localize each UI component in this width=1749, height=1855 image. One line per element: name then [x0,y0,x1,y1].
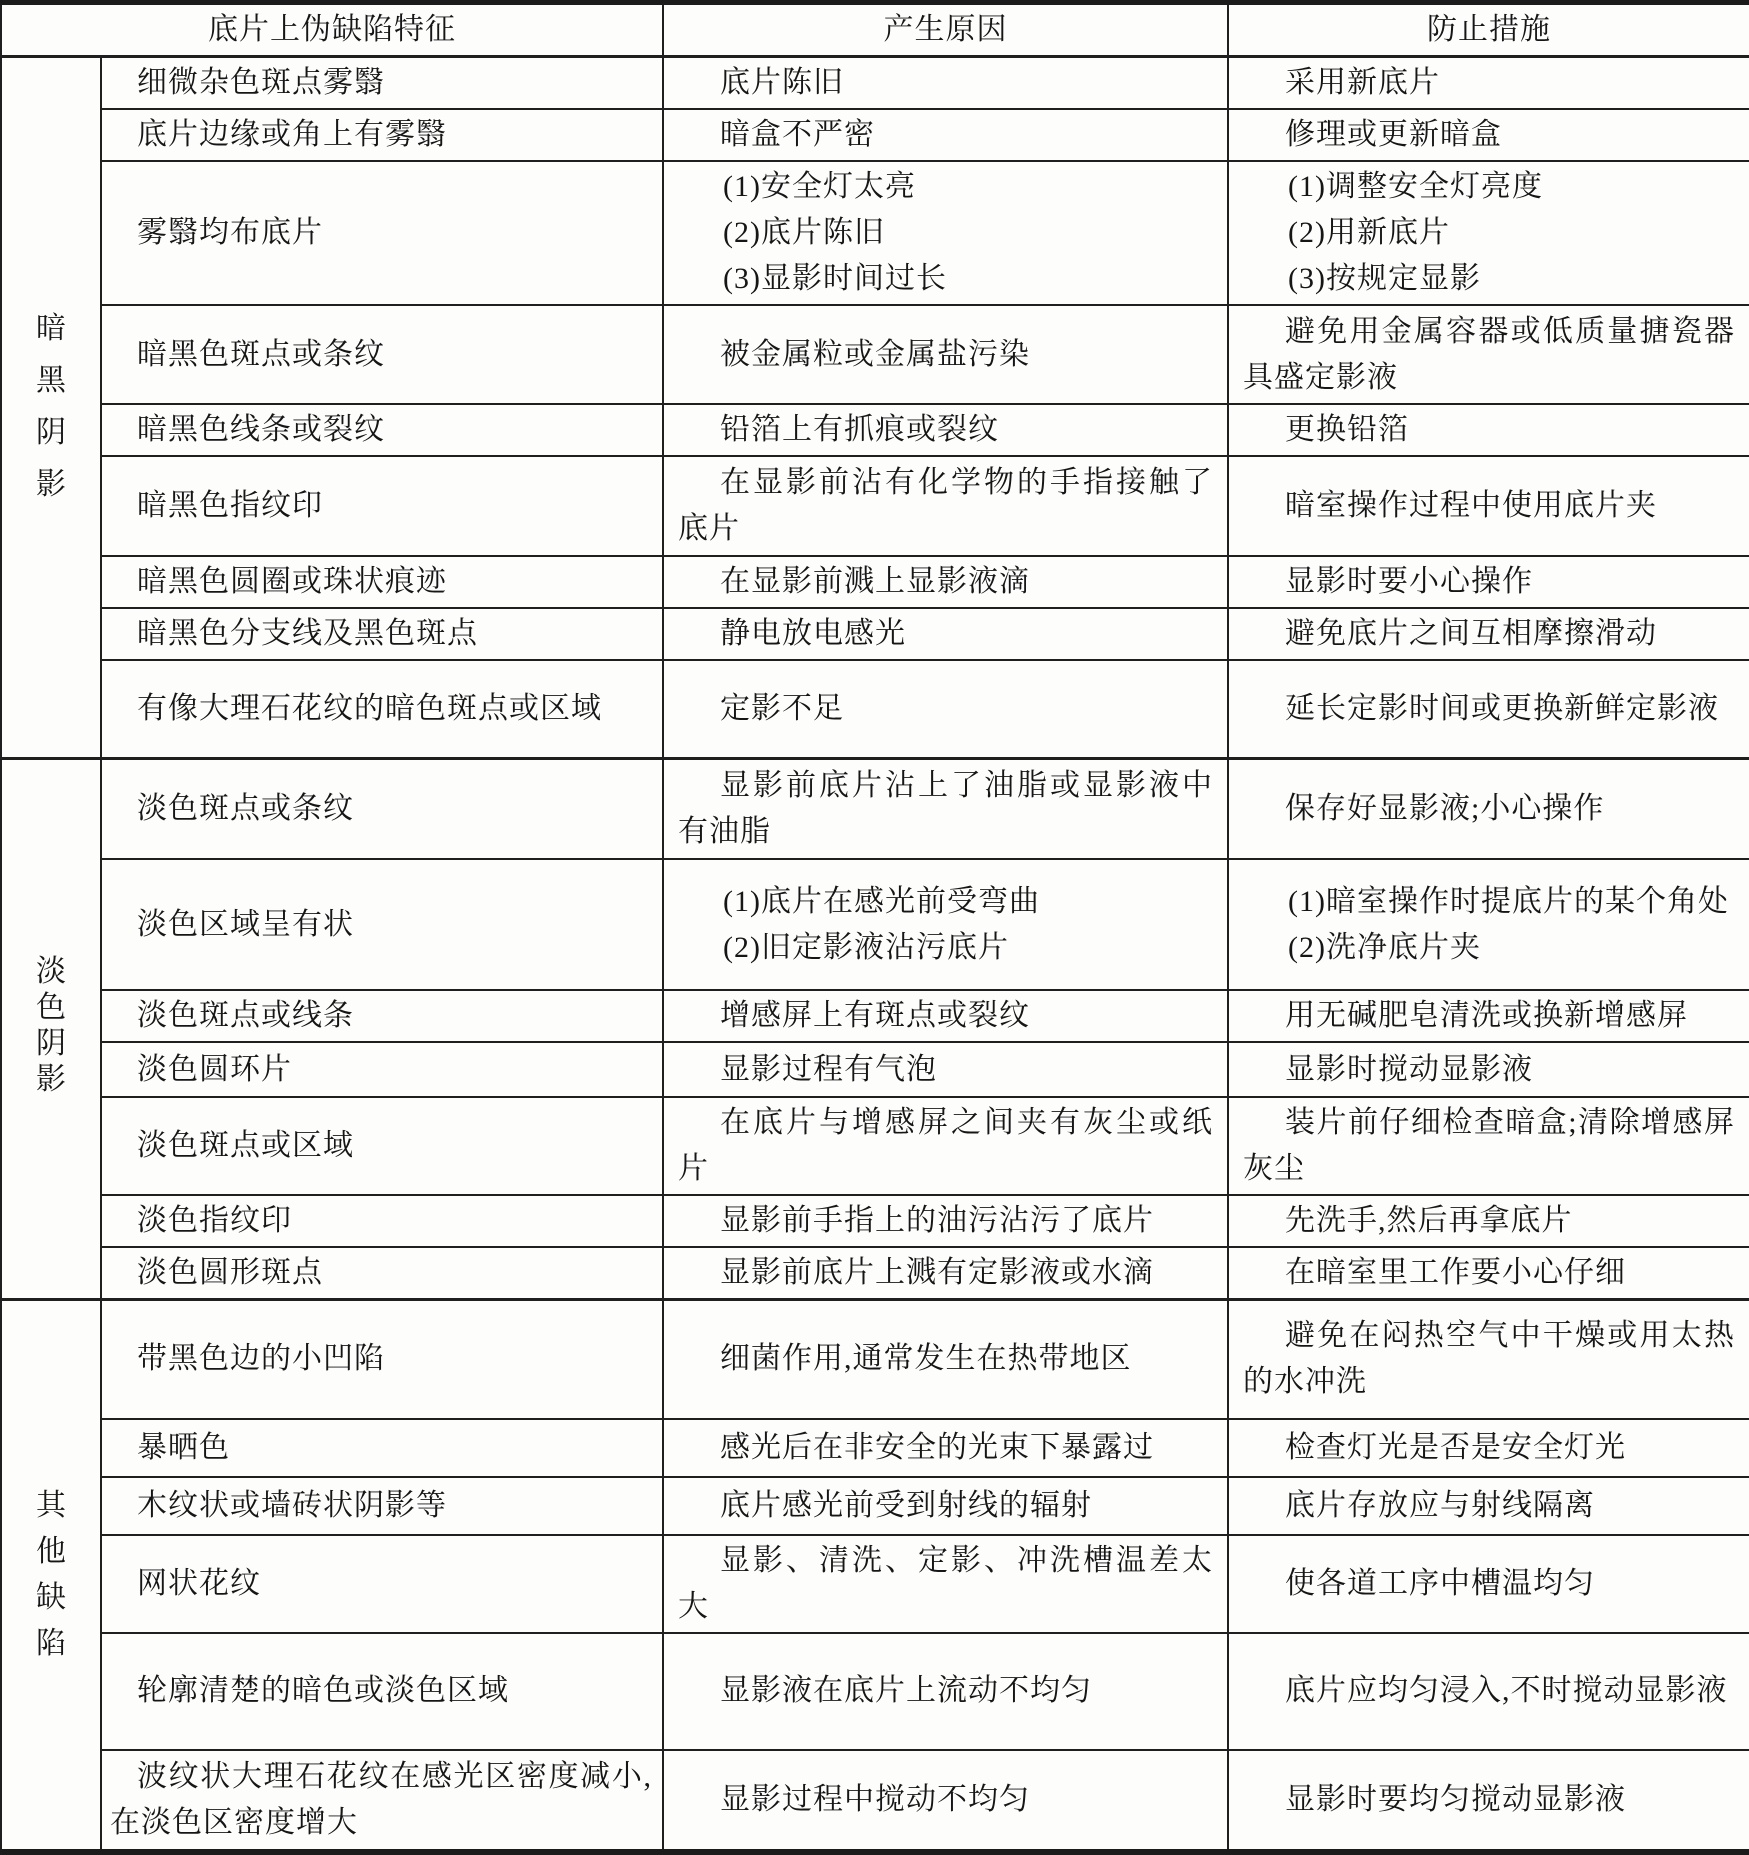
table-row: 暗黑阴影 细微杂色斑点雾翳 底片陈旧 采用新底片 [1,57,1749,110]
feature-cell: 淡色圆环片 [101,1042,663,1097]
cause-cell: 被金属粒或金属盐污染 [663,305,1228,404]
feature-cell: 淡色斑点或线条 [101,990,663,1042]
group-label-text: 其他缺陷 [35,1483,67,1667]
table-row: 网状花纹 显影、清洗、定影、冲洗槽温差太大 使各道工序中槽温均匀 [1,1535,1749,1633]
feature-cell: 淡色圆形斑点 [101,1247,663,1300]
measure-cell: 采用新底片 [1228,57,1749,110]
feature-cell: 网状花纹 [101,1535,663,1633]
feature-cell: 淡色区域呈有状 [101,859,663,990]
table-row: 暗黑色圆圈或珠状痕迹 在显影前溅上显影液滴 显影时要小心操作 [1,556,1749,608]
table-row: 淡色圆环片 显影过程有气泡 显影时搅动显影液 [1,1042,1749,1097]
cause-cell: 显影前手指上的油污沾污了底片 [663,1195,1228,1247]
feature-cell: 波纹状大理石花纹在感光区密度减小,在淡色区密度增大 [101,1750,663,1852]
cause-cell: 在底片与增感屏之间夹有灰尘或纸片 [663,1097,1228,1195]
col-header-feature: 底片上伪缺陷特征 [1,3,663,57]
group-label-light-shadows: 淡色阴影 [1,758,101,1300]
measure-cell: 装片前仔细检查暗盒;清除增感屏灰尘 [1228,1097,1749,1195]
feature-cell: 细微杂色斑点雾翳 [101,57,663,110]
table-row: 有像大理石花纹的暗色斑点或区域 定影不足 延长定影时间或更换新鲜定影液 [1,660,1749,758]
table-row: 暗黑色斑点或条纹 被金属粒或金属盐污染 避免用金属容器或低质量搪瓷器具盛定影液 [1,305,1749,404]
table-row: 暗黑色线条或裂纹 铅箔上有抓痕或裂纹 更换铅箔 [1,404,1749,456]
measure-cell: (1)暗室操作时提底片的某个角处 (2)洗净底片夹 [1228,859,1749,990]
table-row: 轮廓清楚的暗色或淡色区域 显影液在底片上流动不均匀 底片应均匀浸入,不时搅动显影… [1,1633,1749,1750]
measure-cell: 保存好显影液;小心操作 [1228,758,1749,859]
feature-cell: 暴晒色 [101,1419,663,1477]
measure-cell: 底片存放应与射线隔离 [1228,1477,1749,1535]
film-defects-table: 底片上伪缺陷特征 产生原因 防止措施 暗黑阴影 细微杂色斑点雾翳 底片陈旧 采用… [0,0,1749,1855]
feature-cell: 暗黑色分支线及黑色斑点 [101,608,663,660]
feature-cell: 淡色斑点或区域 [101,1097,663,1195]
col-header-measure: 防止措施 [1228,3,1749,57]
cause-cell: 底片感光前受到射线的辐射 [663,1477,1228,1535]
cause-cell: 在显影前沾有化学物的手指接触了底片 [663,456,1228,556]
feature-cell: 底片边缘或角上有雾翳 [101,109,663,161]
group-label-text: 暗黑阴影 [35,303,67,511]
feature-cell: 淡色斑点或条纹 [101,758,663,859]
scanned-document-page: 底片上伪缺陷特征 产生原因 防止措施 暗黑阴影 细微杂色斑点雾翳 底片陈旧 采用… [0,0,1749,1855]
cause-cell: (1)安全灯太亮 (2)底片陈旧 (3)显影时间过长 [663,161,1228,305]
cause-cell: 显影前底片沾上了油脂或显影液中有油脂 [663,758,1228,859]
header-row: 底片上伪缺陷特征 产生原因 防止措施 [1,3,1749,57]
measure-cell: 用无碱肥皂清洗或换新增感屏 [1228,990,1749,1042]
table-row: 淡色区域呈有状 (1)底片在感光前受弯曲 (2)旧定影液沾污底片 (1)暗室操作… [1,859,1749,990]
measure-cell: 避免在闷热空气中干燥或用太热的水冲洗 [1228,1300,1749,1419]
feature-cell: 有像大理石花纹的暗色斑点或区域 [101,660,663,758]
feature-cell: 轮廓清楚的暗色或淡色区域 [101,1633,663,1750]
feature-cell: 木纹状或墙砖状阴影等 [101,1477,663,1535]
cause-cell: 定影不足 [663,660,1228,758]
table-row: 淡色斑点或线条 增感屏上有斑点或裂纹 用无碱肥皂清洗或换新增感屏 [1,990,1749,1042]
measure-cell: (1)调整安全灯亮度 (2)用新底片 (3)按规定显影 [1228,161,1749,305]
table-row: 其他缺陷 带黑色边的小凹陷 细菌作用,通常发生在热带地区 避免在闷热空气中干燥或… [1,1300,1749,1419]
table-row: 暴晒色 感光后在非安全的光束下暴露过 检查灯光是否是安全灯光 [1,1419,1749,1477]
table-row: 暗黑色分支线及黑色斑点 静电放电感光 避免底片之间互相摩擦滑动 [1,608,1749,660]
measure-cell: 修理或更新暗盒 [1228,109,1749,161]
measure-cell: 延长定影时间或更换新鲜定影液 [1228,660,1749,758]
feature-cell: 暗黑色圆圈或珠状痕迹 [101,556,663,608]
measure-cell: 避免底片之间互相摩擦滑动 [1228,608,1749,660]
measure-cell: 显影时要均匀搅动显影液 [1228,1750,1749,1852]
feature-cell: 暗黑色线条或裂纹 [101,404,663,456]
cause-cell: 显影过程中搅动不均匀 [663,1750,1228,1852]
cause-cell: 显影过程有气泡 [663,1042,1228,1097]
feature-cell: 带黑色边的小凹陷 [101,1300,663,1419]
cause-cell: 在显影前溅上显影液滴 [663,556,1228,608]
feature-cell: 暗黑色斑点或条纹 [101,305,663,404]
measure-cell: 在暗室里工作要小心仔细 [1228,1247,1749,1300]
table-row: 淡色圆形斑点 显影前底片上溅有定影液或水滴 在暗室里工作要小心仔细 [1,1247,1749,1300]
table-row: 雾翳均布底片 (1)安全灯太亮 (2)底片陈旧 (3)显影时间过长 (1)调整安… [1,161,1749,305]
measure-cell: 检查灯光是否是安全灯光 [1228,1419,1749,1477]
feature-cell: 淡色指纹印 [101,1195,663,1247]
table-row: 暗黑色指纹印 在显影前沾有化学物的手指接触了底片 暗室操作过程中使用底片夹 [1,456,1749,556]
group-label-dark-shadows: 暗黑阴影 [1,57,101,759]
cause-cell: 静电放电感光 [663,608,1228,660]
measure-cell: 使各道工序中槽温均匀 [1228,1535,1749,1633]
table-row: 木纹状或墙砖状阴影等 底片感光前受到射线的辐射 底片存放应与射线隔离 [1,1477,1749,1535]
measure-cell: 显影时搅动显影液 [1228,1042,1749,1097]
cause-cell: 显影液在底片上流动不均匀 [663,1633,1228,1750]
table-row: 淡色斑点或区域 在底片与增感屏之间夹有灰尘或纸片 装片前仔细检查暗盒;清除增感屏… [1,1097,1749,1195]
cause-cell: 细菌作用,通常发生在热带地区 [663,1300,1228,1419]
table-row: 波纹状大理石花纹在感光区密度减小,在淡色区密度增大 显影过程中搅动不均匀 显影时… [1,1750,1749,1852]
cause-cell: (1)底片在感光前受弯曲 (2)旧定影液沾污底片 [663,859,1228,990]
group-label-text: 淡色阴影 [35,954,67,1098]
measure-cell: 底片应均匀浸入,不时搅动显影液 [1228,1633,1749,1750]
measure-cell: 避免用金属容器或低质量搪瓷器具盛定影液 [1228,305,1749,404]
cause-cell: 显影、清洗、定影、冲洗槽温差太大 [663,1535,1228,1633]
table-row: 淡色指纹印 显影前手指上的油污沾污了底片 先洗手,然后再拿底片 [1,1195,1749,1247]
cause-cell: 增感屏上有斑点或裂纹 [663,990,1228,1042]
measure-cell: 显影时要小心操作 [1228,556,1749,608]
cause-cell: 暗盒不严密 [663,109,1228,161]
table-row: 淡色阴影 淡色斑点或条纹 显影前底片沾上了油脂或显影液中有油脂 保存好显影液;小… [1,758,1749,859]
feature-cell: 雾翳均布底片 [101,161,663,305]
measure-cell: 先洗手,然后再拿底片 [1228,1195,1749,1247]
feature-cell: 暗黑色指纹印 [101,456,663,556]
col-header-cause: 产生原因 [663,3,1228,57]
cause-cell: 显影前底片上溅有定影液或水滴 [663,1247,1228,1300]
cause-cell: 感光后在非安全的光束下暴露过 [663,1419,1228,1477]
cause-cell: 铅箔上有抓痕或裂纹 [663,404,1228,456]
table-row: 底片边缘或角上有雾翳 暗盒不严密 修理或更新暗盒 [1,109,1749,161]
cause-cell: 底片陈旧 [663,57,1228,110]
measure-cell: 暗室操作过程中使用底片夹 [1228,456,1749,556]
measure-cell: 更换铅箔 [1228,404,1749,456]
